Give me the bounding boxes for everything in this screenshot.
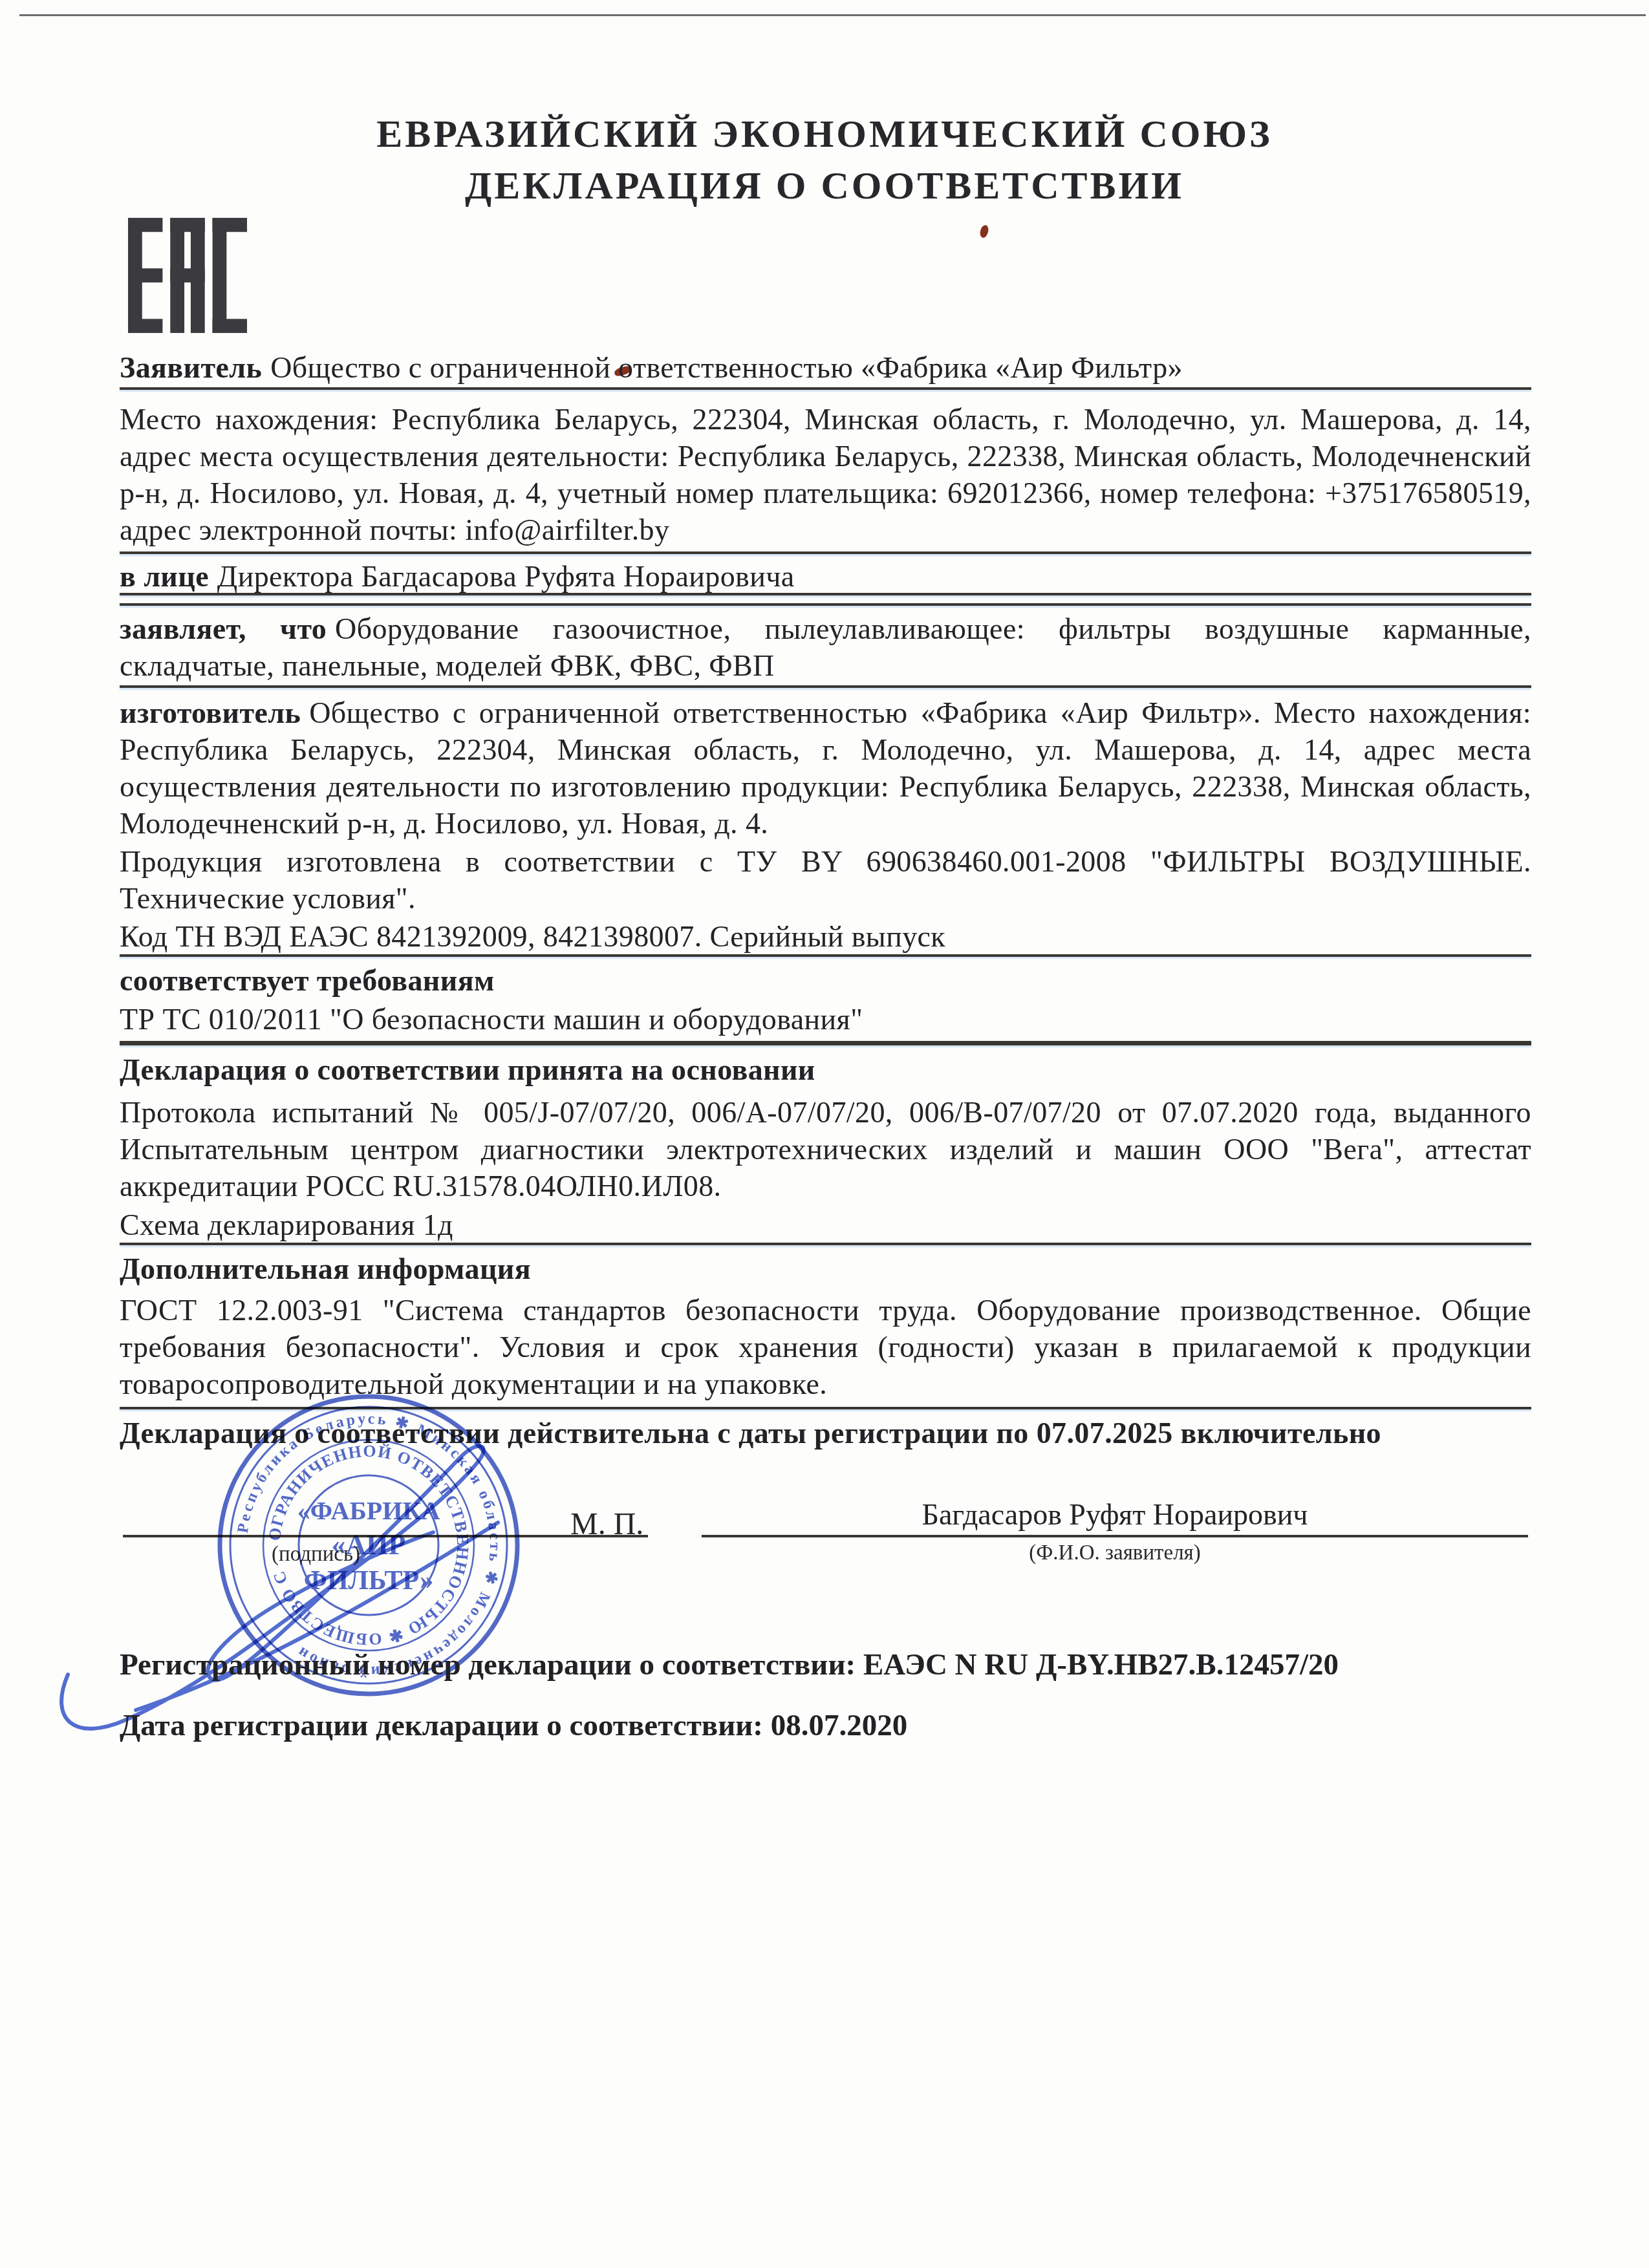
person-row: в лицеДиректора Багдасарова Руфята Нораи… xyxy=(120,558,1531,595)
person-value: Директора Багдасарова Руфята Нораировича xyxy=(217,560,795,593)
section-divider xyxy=(120,593,1531,595)
applicant-label: Заявитель xyxy=(120,351,262,384)
section-divider xyxy=(120,1041,1531,1045)
ink-speck xyxy=(979,224,990,239)
complies-value: ТР ТС 010/2011 "О безопасности машин и о… xyxy=(120,1001,1531,1038)
document-page: ЕВРАЗИЙСКИЙ ЭКОНОМИЧЕСКИЙ СОЮЗ ДЕКЛАРАЦИ… xyxy=(0,0,1649,2268)
eac-mark-logo xyxy=(128,217,247,334)
section-divider xyxy=(120,685,1531,688)
reg-date-label: Дата регистрации декларации о соответств… xyxy=(120,1709,763,1742)
reg-number-label: Регистрационный номер декларации о соотв… xyxy=(120,1648,856,1682)
person-label: в лице xyxy=(120,560,209,593)
basis-paragraph: Протокола испытаний № 005/J-07/07/20, 00… xyxy=(120,1094,1531,1204)
page-title-line1: ЕВРАЗИЙСКИЙ ЭКОНОМИЧЕСКИЙ СОЮЗ xyxy=(0,109,1649,159)
registration-number-line: Регистрационный номер декларации о соотв… xyxy=(120,1647,1339,1682)
declares-row: заявляет, чтоОборудование газоочистное, … xyxy=(120,610,1531,684)
applicant-address: Место нахождения: Республика Беларусь, 2… xyxy=(120,401,1531,548)
applicant-name: Багдасаров Руфят Нораирович xyxy=(702,1497,1528,1532)
basis-heading: Декларация о соответствии принята на осн… xyxy=(120,1051,1531,1088)
manufacturer-paragraph: изготовительОбщество с ограниченной отве… xyxy=(120,694,1531,842)
reg-number-value: ЕАЭС N RU Д-BY.HB27.B.12457/20 xyxy=(863,1648,1339,1682)
registration-date-line: Дата регистрации декларации о соответств… xyxy=(120,1708,907,1743)
scan-edge-artifact xyxy=(19,14,1646,16)
name-caption: (Ф.И.О. заявителя) xyxy=(702,1541,1528,1565)
reg-date-value: 08.07.2020 xyxy=(771,1709,908,1742)
section-divider xyxy=(120,387,1531,390)
applicant-value: Общество с ограниченной ответственностью… xyxy=(270,351,1183,384)
declares-value: Оборудование газоочистное, пылеулавливаю… xyxy=(120,612,1531,682)
declares-label: заявляет, что xyxy=(120,612,327,645)
additional-paragraph: ГОСТ 12.2.003-91 "Система стандартов без… xyxy=(120,1292,1531,1402)
manufacturer-label: изготовитель xyxy=(120,696,301,729)
scheme-line: Схема декларирования 1д xyxy=(120,1206,1531,1243)
production-standard: Продукция изготовлена в соответствии с Т… xyxy=(120,843,1531,917)
complies-heading: соответствует требованиям xyxy=(120,962,1531,999)
section-divider xyxy=(120,551,1531,554)
page-title-line2: ДЕКЛАРАЦИЯ О СООТВЕТСТВИИ xyxy=(0,160,1649,211)
section-divider xyxy=(120,954,1531,957)
section-divider xyxy=(120,1243,1531,1245)
applicant-row: ЗаявительОбщество с ограниченной ответст… xyxy=(120,349,1531,386)
section-divider xyxy=(120,603,1531,606)
name-line xyxy=(702,1535,1528,1537)
additional-heading: Дополнительная информация xyxy=(120,1250,1531,1287)
manufacturer-value: Общество с ограниченной ответственностью… xyxy=(120,696,1531,840)
tnved-code-line: Код ТН ВЭД ЕАЭС 8421392009, 8421398007. … xyxy=(120,918,1531,955)
